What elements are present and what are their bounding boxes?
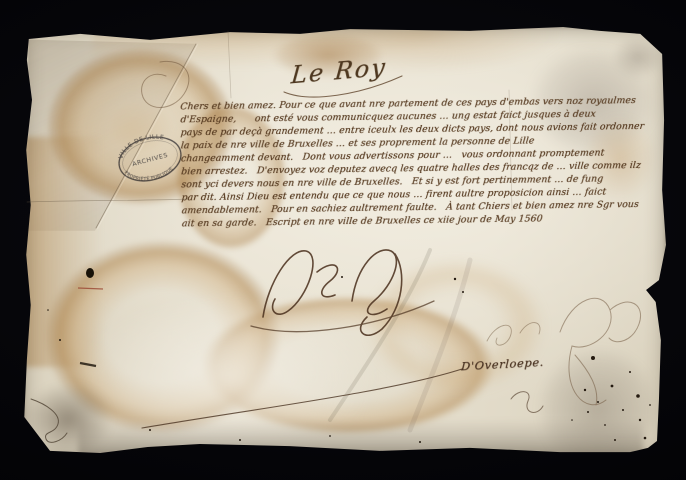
manuscript: VILLE DE LILLE ARCHIVES PROPRIÉTÉ PUBLIQ… <box>23 27 666 456</box>
stamp-text-center: ARCHIVES <box>131 151 169 168</box>
photo-background: VILLE DE LILLE ARCHIVES PROPRIÉTÉ PUBLIQ… <box>0 0 686 480</box>
stain-bottom-ring-b <box>173 282 523 467</box>
letter-header: Le Roy <box>290 53 388 90</box>
stain-left-edge-band <box>23 137 103 367</box>
stain-bottom-pale-core <box>78 297 378 457</box>
letter-body: Chers et bien amez. Pour ce que avant nr… <box>180 94 664 231</box>
stain-center-faint <box>343 242 593 452</box>
stain-bottom-right-grime <box>528 337 668 480</box>
archive-stamp: VILLE DE LILLE ARCHIVES PROPRIÉTÉ PUBLIQ… <box>111 127 189 191</box>
secretary-signature: D'Overloepe. <box>461 355 545 373</box>
stain-top-right-corner-grime <box>608 32 668 82</box>
stain-bottom-grime <box>78 419 643 457</box>
stain-bottom-ring-a <box>23 222 333 452</box>
stain-bottom-left-dark <box>23 382 113 457</box>
